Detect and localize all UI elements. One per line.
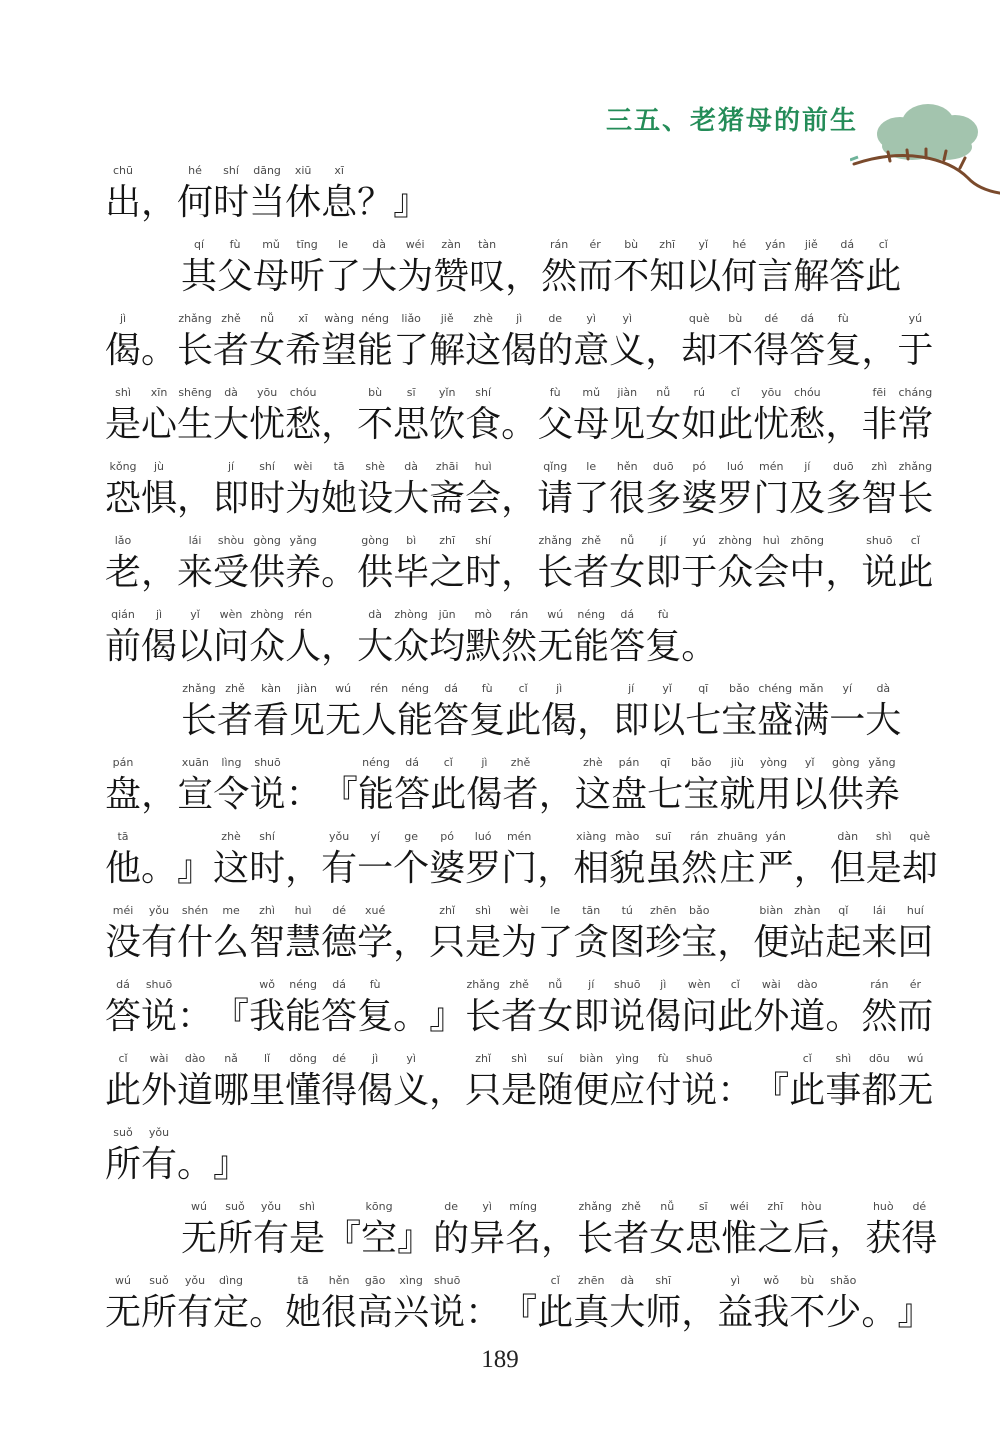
pinyin-annotation: zhě <box>225 680 245 697</box>
hanzi-character: 图 <box>609 919 645 965</box>
hanzi-with-pinyin: jí及 <box>789 458 825 522</box>
hanzi-with-pinyin: dà大 <box>213 384 249 448</box>
hanzi-character: 长 <box>897 475 933 521</box>
pinyin-annotation: jì <box>481 754 487 771</box>
hanzi-character: 长 <box>537 549 573 595</box>
pinyin-annotation: zhuāng <box>717 828 757 845</box>
hanzi-with-pinyin: dá答 <box>829 236 865 300</box>
pinyin-annotation: mén <box>507 828 531 845</box>
pinyin-annotation: dà <box>224 384 238 401</box>
pinyin-annotation: tú <box>622 902 633 919</box>
hanzi-with-pinyin: yǎng养 <box>285 532 321 596</box>
hanzi-character: 宝 <box>683 771 719 817</box>
hanzi-character: ： <box>717 1067 753 1113</box>
pinyin-annotation: dé <box>332 902 346 919</box>
pinyin-annotation: shí <box>259 458 275 475</box>
pinyin-annotation <box>413 1198 417 1215</box>
pinyin-annotation: yǒu <box>329 828 349 845</box>
pinyin-annotation: néng <box>361 310 389 327</box>
pinyin-annotation: zhě <box>509 976 529 993</box>
hanzi-character: 。 <box>861 1289 897 1335</box>
hanzi-with-pinyin: dá答 <box>394 754 430 818</box>
hanzi-character: 『 <box>325 1215 361 1261</box>
hanzi-character: 虽 <box>645 845 681 891</box>
hanzi-character: 能 <box>285 993 321 1039</box>
hanzi-character: 惧 <box>141 475 177 521</box>
hanzi-character: 老 <box>105 549 141 595</box>
punctuation-mark: 。 <box>141 310 177 374</box>
hanzi-character: 『 <box>753 1067 789 1113</box>
pinyin-annotation <box>302 754 306 771</box>
pinyin-annotation: shén <box>182 902 208 919</box>
hanzi-with-pinyin: nǚ女 <box>645 384 681 448</box>
punctuation-mark: ， <box>537 828 573 892</box>
hanzi-character: 此 <box>865 253 901 299</box>
hanzi-character: ， <box>141 771 177 817</box>
hanzi-with-pinyin: luó罗 <box>717 458 753 522</box>
pinyin-annotation: liǎo <box>401 310 421 327</box>
hanzi-with-pinyin: cǐ此 <box>789 1050 825 1114</box>
pinyin-annotation: dà <box>368 606 382 623</box>
hanzi-character: 女 <box>249 327 285 373</box>
hanzi-character: 恐 <box>105 475 141 521</box>
pinyin-annotation: wú <box>191 1198 207 1215</box>
hanzi-with-pinyin: jì偈 <box>357 1050 393 1114</box>
hanzi-with-pinyin: shì是 <box>501 1050 537 1114</box>
hanzi-with-pinyin: hěn很 <box>609 458 645 522</box>
punctuation-mark: 『 <box>213 976 249 1040</box>
hanzi-with-pinyin: jì偈 <box>141 606 177 670</box>
hanzi-with-pinyin: zhī之 <box>757 1198 793 1262</box>
hanzi-character: 时 <box>465 549 501 595</box>
hanzi-character: 女 <box>649 1215 685 1261</box>
hanzi-character: 』 <box>177 845 213 891</box>
pinyin-annotation: fù <box>370 976 381 993</box>
hanzi-with-pinyin: yìng应 <box>609 1050 645 1114</box>
hanzi-character: 大 <box>393 475 429 521</box>
hanzi-with-pinyin: shī师 <box>645 1272 681 1336</box>
hanzi-character: 慧 <box>285 919 321 965</box>
pinyin-annotation: yǐ <box>190 606 200 623</box>
hanzi-character: 均 <box>429 623 465 669</box>
pinyin-annotation: wàng <box>324 310 354 327</box>
hanzi-with-pinyin: yì义 <box>609 310 645 374</box>
hanzi-character: 忧 <box>753 401 789 447</box>
hanzi-character: 说 <box>429 1289 465 1335</box>
hanzi-character: 复 <box>825 327 861 373</box>
pinyin-annotation: yōu <box>257 384 277 401</box>
pinyin-annotation: zhè <box>221 828 241 845</box>
hanzi-with-pinyin: zhě者 <box>503 754 539 818</box>
pinyin-annotation <box>553 828 557 845</box>
hanzi-character: 为 <box>501 919 537 965</box>
hanzi-character: 回 <box>897 919 933 965</box>
pinyin-annotation: dá <box>405 754 419 771</box>
hanzi-with-pinyin: qián前 <box>105 606 141 670</box>
hanzi-with-pinyin: dìng定 <box>213 1272 249 1336</box>
hanzi-with-pinyin: néng能 <box>573 606 609 670</box>
pinyin-annotation: gāo <box>365 1272 385 1289</box>
hanzi-character: 长 <box>577 1215 613 1261</box>
hanzi-character: 罗 <box>465 845 501 891</box>
pinyin-annotation: yǒu <box>261 1198 281 1215</box>
hanzi-with-pinyin: mǔ母 <box>253 236 289 300</box>
pinyin-annotation: nǚ <box>620 532 634 549</box>
hanzi-character: 道 <box>789 993 825 1039</box>
pinyin-annotation: nǚ <box>656 384 670 401</box>
pinyin-annotation: shì <box>511 1050 527 1067</box>
hanzi-with-pinyin: yōu忧 <box>753 384 789 448</box>
hanzi-character: 珍 <box>645 919 681 965</box>
hanzi-with-pinyin: suī虽 <box>645 828 681 892</box>
hanzi-with-pinyin: mǔ母 <box>573 384 609 448</box>
pinyin-annotation: dōu <box>869 1050 890 1067</box>
hanzi-with-pinyin: dá答 <box>433 680 469 744</box>
punctuation-mark: 。 <box>141 828 177 892</box>
pinyin-annotation: ér <box>910 976 921 993</box>
hanzi-with-pinyin: zhè这 <box>575 754 611 818</box>
pinyin-annotation: wú <box>115 1272 131 1289</box>
hanzi-character: 长 <box>465 993 501 1039</box>
hanzi-character: 说 <box>681 1067 717 1113</box>
hanzi-with-pinyin: cǐ此 <box>717 976 753 1040</box>
hanzi-with-pinyin: le了 <box>537 902 573 966</box>
hanzi-with-pinyin: shì是 <box>465 902 501 966</box>
hanzi-character: 出 <box>105 179 141 225</box>
hanzi-with-pinyin: chóu愁 <box>285 384 321 448</box>
hanzi-character: 得 <box>753 327 789 373</box>
hanzi-with-pinyin: zhì智 <box>861 458 897 522</box>
hanzi-with-pinyin: dé得 <box>321 1050 357 1114</box>
hanzi-character: 受 <box>213 549 249 595</box>
hanzi-character: 即 <box>573 993 609 1039</box>
hanzi-with-pinyin: chóu愁 <box>789 384 825 448</box>
pinyin-annotation: jiàn <box>617 384 637 401</box>
hanzi-character: 便 <box>573 1067 609 1113</box>
pinyin-annotation: jì <box>156 606 162 623</box>
pinyin-annotation: lái <box>873 902 886 919</box>
pinyin-annotation: zhì <box>871 458 887 475</box>
hanzi-with-pinyin: zhè这 <box>213 828 249 892</box>
pinyin-annotation: zhè <box>583 754 603 771</box>
hanzi-character: 听 <box>289 253 325 299</box>
punctuation-mark: ？ <box>357 162 393 226</box>
hanzi-character: ， <box>861 327 897 373</box>
hanzi-character: 养 <box>864 771 900 817</box>
hanzi-with-pinyin: mào貌 <box>609 828 645 892</box>
hanzi-with-pinyin: dà大 <box>361 236 397 300</box>
pinyin-annotation: jí <box>228 458 234 475</box>
hanzi-with-pinyin: shuō说 <box>861 532 897 596</box>
pinyin-annotation: chū <box>113 162 133 179</box>
pinyin-annotation <box>517 1272 521 1289</box>
hanzi-with-pinyin: wú无 <box>105 1272 141 1336</box>
hanzi-character: 智 <box>861 475 897 521</box>
hanzi-with-pinyin: zhè这 <box>465 310 501 374</box>
hanzi-with-pinyin: tān贪 <box>573 902 609 966</box>
hanzi-character: 愁 <box>285 401 321 447</box>
pinyin-annotation: luó <box>475 828 492 845</box>
hanzi-character: 大 <box>357 623 393 669</box>
hanzi-character: 我 <box>753 1289 789 1335</box>
hanzi-with-pinyin: dào道 <box>789 976 825 1040</box>
hanzi-character: 为 <box>285 475 321 521</box>
hanzi-with-pinyin: dà大 <box>393 458 429 522</box>
hanzi-character: 无 <box>105 1289 141 1335</box>
hanzi-with-pinyin: yì义 <box>393 1050 429 1114</box>
hanzi-character: 盘 <box>611 771 647 817</box>
pinyin-annotation: qī <box>698 680 708 697</box>
hanzi-character: 答 <box>321 993 357 1039</box>
pinyin-annotation: shēng <box>178 384 211 401</box>
pinyin-annotation: shí <box>223 162 239 179</box>
hanzi-with-pinyin: bǎo宝 <box>683 754 719 818</box>
hanzi-character: 有 <box>141 919 177 965</box>
hanzi-with-pinyin: shòu受 <box>213 532 249 596</box>
hanzi-character: 。 <box>501 401 537 447</box>
hanzi-character: 是 <box>105 401 141 447</box>
pinyin-annotation: zhě <box>621 1198 641 1215</box>
hanzi-with-pinyin: dá答 <box>321 976 357 1040</box>
hanzi-character: 懂 <box>285 1067 321 1113</box>
hanzi-with-pinyin: cǐ此 <box>505 680 541 744</box>
hanzi-character: 此 <box>105 1067 141 1113</box>
pinyin-annotation: chóu <box>794 384 821 401</box>
pinyin-annotation: xìng <box>399 1272 423 1289</box>
page-header: 三五、老猪母的前生 <box>0 94 1000 158</box>
pinyin-annotation <box>842 384 846 401</box>
pinyin-annotation: qǐng <box>543 458 567 475</box>
hanzi-character: 。 <box>393 993 429 1039</box>
pinyin-annotation: wǒ <box>763 1272 779 1289</box>
pinyin-annotation: zhě <box>511 754 531 771</box>
hanzi-character: 以 <box>792 771 828 817</box>
pinyin-annotation <box>517 532 521 549</box>
hanzi-with-pinyin: yí一 <box>829 680 865 744</box>
pinyin-annotation: wèi <box>294 458 313 475</box>
hanzi-character: ， <box>577 697 613 743</box>
pinyin-annotation: qí <box>194 236 204 253</box>
hanzi-character: ， <box>321 623 357 669</box>
hanzi-character: 。 <box>825 993 861 1039</box>
pinyin-annotation: qī <box>660 754 670 771</box>
hanzi-character: 宣 <box>177 771 213 817</box>
hanzi-with-pinyin: yì意 <box>573 310 609 374</box>
hanzi-with-pinyin: yí一 <box>357 828 393 892</box>
pinyin-annotation: xī <box>334 162 344 179</box>
hanzi-character: 哪 <box>213 1067 249 1113</box>
hanzi-with-pinyin: cǐ此 <box>430 754 466 818</box>
hanzi-with-pinyin: qǐ起 <box>825 902 861 966</box>
hanzi-character: 了 <box>325 253 361 299</box>
hanzi-character: 忧 <box>249 401 285 447</box>
hanzi-character: 他 <box>105 845 141 891</box>
hanzi-character: 以 <box>177 623 213 669</box>
hanzi-character: 何 <box>721 253 757 299</box>
punctuation-mark: ， <box>717 902 753 966</box>
hanzi-character: 所 <box>141 1289 177 1335</box>
hanzi-with-pinyin: zhǎng长 <box>177 310 213 374</box>
pinyin-annotation: yǐ <box>698 236 708 253</box>
hanzi-with-pinyin: huí回 <box>897 902 933 966</box>
hanzi-character: 偈 <box>357 1067 393 1113</box>
hanzi-character: 师 <box>645 1289 681 1335</box>
punctuation-mark: ， <box>393 902 429 966</box>
hanzi-character: ， <box>321 401 357 447</box>
pinyin-annotation: shī <box>655 1272 671 1289</box>
pinyin-annotation <box>301 828 305 845</box>
pinyin-annotation <box>445 1050 449 1067</box>
hanzi-character: 名 <box>505 1215 541 1261</box>
pinyin-annotation: jí <box>804 458 810 475</box>
hanzi-character: 前 <box>105 623 141 669</box>
hanzi-character: 七 <box>647 771 683 817</box>
hanzi-character: 休 <box>285 179 321 225</box>
hanzi-character: ， <box>501 475 537 521</box>
hanzi-character: 偈 <box>501 327 537 373</box>
pinyin-annotation: tān <box>582 902 600 919</box>
hanzi-with-pinyin: jiù就 <box>719 754 755 818</box>
pinyin-annotation: mén <box>759 458 783 475</box>
punctuation-mark: 『 <box>322 754 358 818</box>
hanzi-with-pinyin: néng能 <box>397 680 433 744</box>
hanzi-character: 『 <box>322 771 358 817</box>
hanzi-character: 七 <box>685 697 721 743</box>
pinyin-annotation: zhōng <box>791 532 824 549</box>
hanzi-character: 这 <box>575 771 611 817</box>
hanzi-with-pinyin: wài外 <box>141 1050 177 1114</box>
hanzi-character: 不 <box>789 1289 825 1335</box>
hanzi-character: 严 <box>758 845 794 891</box>
hanzi-character: 之 <box>429 549 465 595</box>
hanzi-character: 希 <box>285 327 321 373</box>
hanzi-character: 能 <box>573 623 609 669</box>
hanzi-with-pinyin: wèn问 <box>681 976 717 1040</box>
pinyin-annotation: hé <box>188 162 202 179</box>
hanzi-with-pinyin: jí即 <box>613 680 649 744</box>
hanzi-character: 此 <box>717 401 753 447</box>
pinyin-annotation <box>338 754 342 771</box>
punctuation-mark: 』 <box>897 1272 933 1336</box>
hanzi-with-pinyin: cǐ此 <box>717 384 753 448</box>
hanzi-with-pinyin: dé德 <box>321 902 357 966</box>
pinyin-annotation: shì <box>299 1198 315 1215</box>
hanzi-with-pinyin: zhāi斋 <box>429 458 465 522</box>
pinyin-annotation: zhòng <box>394 606 427 623</box>
hanzi-character: 她 <box>285 1289 321 1335</box>
hanzi-with-pinyin: huì会 <box>465 458 501 522</box>
pinyin-annotation: xī <box>298 310 308 327</box>
pinyin-annotation: yí <box>843 680 853 697</box>
hanzi-character: 一 <box>829 697 865 743</box>
hanzi-character: 常 <box>897 401 933 447</box>
punctuation-mark: 』 <box>397 1198 433 1262</box>
pinyin-annotation: hòu <box>801 1198 822 1215</box>
pinyin-annotation: zhǎng <box>466 976 499 993</box>
pinyin-annotation: jì <box>372 1050 378 1067</box>
hanzi-character: 后 <box>793 1215 829 1261</box>
punctuation-mark: 。 <box>177 1124 213 1188</box>
hanzi-with-pinyin: zhēn真 <box>573 1272 609 1336</box>
hanzi-character: 非 <box>861 401 897 447</box>
pinyin-annotation: fù <box>658 1050 669 1067</box>
pinyin-annotation: dào <box>797 976 817 993</box>
hanzi-with-pinyin: qī七 <box>685 680 721 744</box>
hanzi-character: 息 <box>321 179 357 225</box>
hanzi-character: 是 <box>289 1215 325 1261</box>
hanzi-character: 道 <box>177 1067 213 1113</box>
hanzi-character: 罗 <box>717 475 753 521</box>
hanzi-with-pinyin: yǒu有 <box>177 1272 213 1336</box>
hanzi-character: ， <box>141 549 177 595</box>
hanzi-character: 答 <box>789 327 825 373</box>
hanzi-with-pinyin: le了 <box>325 236 361 300</box>
pinyin-annotation: hěn <box>617 458 638 475</box>
hanzi-with-pinyin: zhī知 <box>649 236 685 300</box>
pinyin-annotation: zhì <box>259 902 275 919</box>
hanzi-with-pinyin: zhōng中 <box>789 532 825 596</box>
pinyin-annotation: yí <box>370 828 380 845</box>
hanzi-with-pinyin: mò默 <box>465 606 501 670</box>
hanzi-character: 无 <box>181 1215 217 1261</box>
hanzi-character: 这 <box>465 327 501 373</box>
hanzi-with-pinyin: kōng空 <box>361 1198 397 1262</box>
hanzi-character: 之 <box>757 1215 793 1261</box>
hanzi-character: 答 <box>394 771 430 817</box>
hanzi-with-pinyin: qí其 <box>181 236 217 300</box>
hanzi-character: 多 <box>645 475 681 521</box>
pinyin-annotation: mǔ <box>582 384 600 401</box>
hanzi-with-pinyin: bǎo宝 <box>721 680 757 744</box>
hanzi-with-pinyin: rán然 <box>681 828 717 892</box>
hanzi-with-pinyin: míng名 <box>505 1198 541 1262</box>
pinyin-annotation: lǎo <box>115 532 132 549</box>
hanzi-character: 事 <box>825 1067 861 1113</box>
hanzi-character: 设 <box>357 475 393 521</box>
pinyin-annotation: jì <box>556 680 562 697</box>
hanzi-character: ， <box>393 919 429 965</box>
hanzi-with-pinyin: wèn问 <box>213 606 249 670</box>
pinyin-annotation: bì <box>406 532 416 549</box>
hanzi-with-pinyin: què却 <box>681 310 717 374</box>
hanzi-character: 都 <box>861 1067 897 1113</box>
pinyin-annotation <box>193 976 197 993</box>
hanzi-character: 盛 <box>757 697 793 743</box>
punctuation-mark: 。 <box>393 976 429 1040</box>
text-line: shì是xīn心shēng生dà大yōu忧chóu愁 ，bù不sī思yǐn饮sh… <box>105 384 900 448</box>
hanzi-with-pinyin: yòng用 <box>756 754 792 818</box>
hanzi-character: 德 <box>321 919 357 965</box>
pinyin-annotation: duō <box>833 458 854 475</box>
pinyin-annotation: bǎo <box>729 680 749 697</box>
hanzi-with-pinyin: shuō说 <box>429 1272 465 1336</box>
pinyin-annotation <box>878 310 882 327</box>
hanzi-with-pinyin: zhēn珍 <box>645 902 681 966</box>
hanzi-with-pinyin: rén人 <box>361 680 397 744</box>
pinyin-annotation: shuō <box>434 1272 460 1289</box>
pinyin-annotation <box>842 532 846 549</box>
pinyin-annotation: dá <box>332 976 346 993</box>
hanzi-character: 以 <box>685 253 721 299</box>
hanzi-character: ， <box>429 1067 465 1113</box>
hanzi-with-pinyin: wài外 <box>753 976 789 1040</box>
hanzi-with-pinyin: zhǎng长 <box>537 532 573 596</box>
pinyin-annotation: méi <box>113 902 134 919</box>
hanzi-with-pinyin: nǚ女 <box>537 976 573 1040</box>
pinyin-annotation <box>842 976 846 993</box>
pinyin-annotation: dāng <box>253 162 281 179</box>
hanzi-character: 婆 <box>681 475 717 521</box>
